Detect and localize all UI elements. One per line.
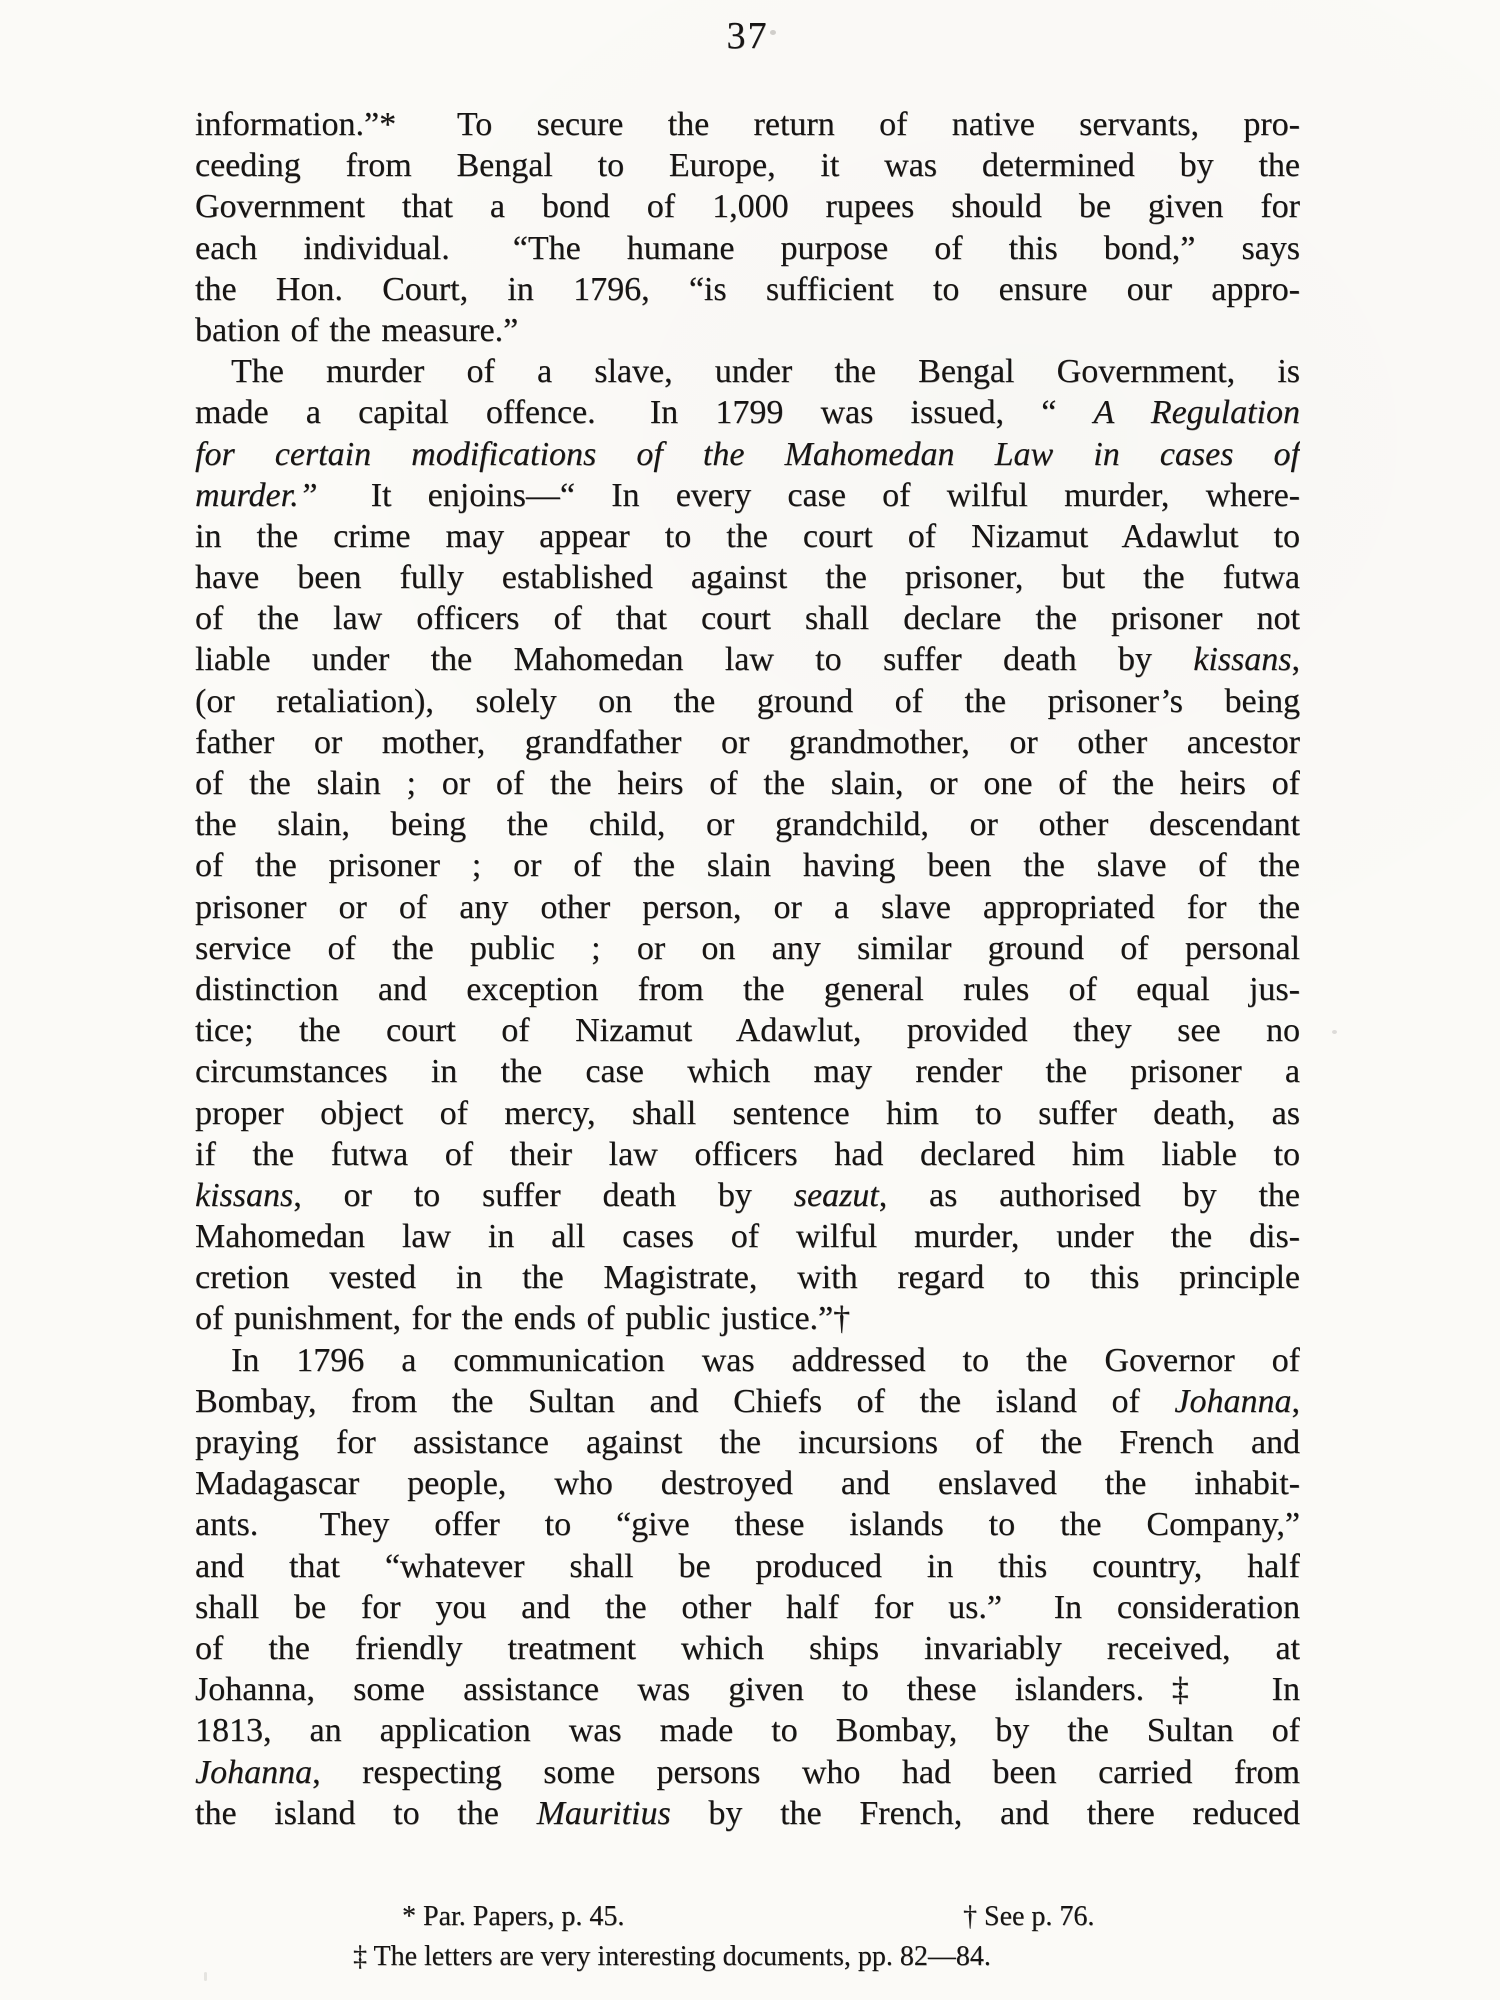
- text-line: information.”* To secure the return of n…: [195, 104, 1300, 145]
- text-line: the Hon. Court, in 1796, “is sufficient …: [195, 269, 1300, 310]
- text-line: service of the public ; or on any simila…: [195, 928, 1300, 969]
- text-line: of the law officers of that court shall …: [195, 598, 1300, 639]
- text-line: of punishment, for the ends of public ju…: [195, 1298, 1300, 1339]
- scan-speck: [1332, 1030, 1337, 1034]
- text-line: if the futwa of their law officers had d…: [195, 1134, 1300, 1175]
- text-line: proper object of mercy, shall sentence h…: [195, 1093, 1300, 1134]
- scan-speck: [204, 1972, 207, 1981]
- text-line: ceeding from Bengal to Europe, it was de…: [195, 145, 1300, 186]
- text-line: father or mother, grandfather or grandmo…: [195, 722, 1300, 763]
- footnote-par-papers: * Par. Papers, p. 45.: [402, 1901, 624, 1932]
- text-line: kissans, or to suffer death by seazut, a…: [195, 1175, 1300, 1216]
- text-line: In 1796 a communication was addressed to…: [195, 1340, 1300, 1381]
- text-line: murder.” It enjoins—“ In every case of w…: [195, 475, 1300, 516]
- footnote-line-2: ‡ The letters are very interesting docum…: [353, 1937, 1300, 1977]
- text-line: of the prisoner ; or of the slain having…: [195, 845, 1300, 886]
- text-line: in the crime may appear to the court of …: [195, 516, 1300, 557]
- scan-speck: [770, 30, 776, 35]
- text-line: each individual. “The humane purpose of …: [195, 228, 1300, 269]
- text-line: Mahomedan law in all cases of wilful mur…: [195, 1216, 1300, 1257]
- page-number: 37: [195, 14, 1300, 58]
- text-line: prisoner or of any other person, or a sl…: [195, 887, 1300, 928]
- text-line: the slain, being the child, or grandchil…: [195, 804, 1300, 845]
- text-line: for certain modifications of the Mahomed…: [195, 434, 1300, 475]
- text-line: bation of the measure.”: [195, 310, 1300, 351]
- body-text: information.”* To secure the return of n…: [195, 104, 1300, 1834]
- text-line: praying for assistance against the incur…: [195, 1422, 1300, 1463]
- text-line: Government that a bond of 1,000 rupees s…: [195, 186, 1300, 227]
- text-line: and that “whatever shall be produced in …: [195, 1546, 1300, 1587]
- text-line: ants. They offer to “give these islands …: [195, 1504, 1300, 1545]
- text-line: Madagascar people, who destroyed and ens…: [195, 1463, 1300, 1504]
- text-line: (or retaliation), solely on the ground o…: [195, 681, 1300, 722]
- footnote-line-1: * Par. Papers, p. 45. † See p. 76.: [195, 1897, 1300, 1937]
- text-line: Johanna, some assistance was given to th…: [195, 1669, 1300, 1710]
- text-line: Bombay, from the Sultan and Chiefs of th…: [195, 1381, 1300, 1422]
- text-line: have been fully established against the …: [195, 557, 1300, 598]
- footnotes: * Par. Papers, p. 45. † See p. 76. ‡ The…: [195, 1897, 1300, 1977]
- text-line: distinction and exception from the gener…: [195, 969, 1300, 1010]
- scanned-page: 37 information.”* To secure the return o…: [0, 0, 1500, 2000]
- text-line: of the slain ; or of the heirs of the sl…: [195, 763, 1300, 804]
- footnote-see-p76: † See p. 76.: [963, 1897, 1094, 1937]
- text-line: liable under the Mahomedan law to suffer…: [195, 639, 1300, 680]
- text-line: made a capital offence. In 1799 was issu…: [195, 392, 1300, 433]
- text-line: 1813, an application was made to Bombay,…: [195, 1710, 1300, 1751]
- text-line: the island to the Mauritius by the Frenc…: [195, 1793, 1300, 1834]
- text-line: circumstances in the case which may rend…: [195, 1051, 1300, 1092]
- text-line: shall be for you and the other half for …: [195, 1587, 1300, 1628]
- text-line: The murder of a slave, under the Bengal …: [195, 351, 1300, 392]
- text-line: cretion vested in the Magistrate, with r…: [195, 1257, 1300, 1298]
- text-line: Johanna, respecting some persons who had…: [195, 1752, 1300, 1793]
- text-line: tice; the court of Nizamut Adawlut, prov…: [195, 1010, 1300, 1051]
- text-line: of the friendly treatment which ships in…: [195, 1628, 1300, 1669]
